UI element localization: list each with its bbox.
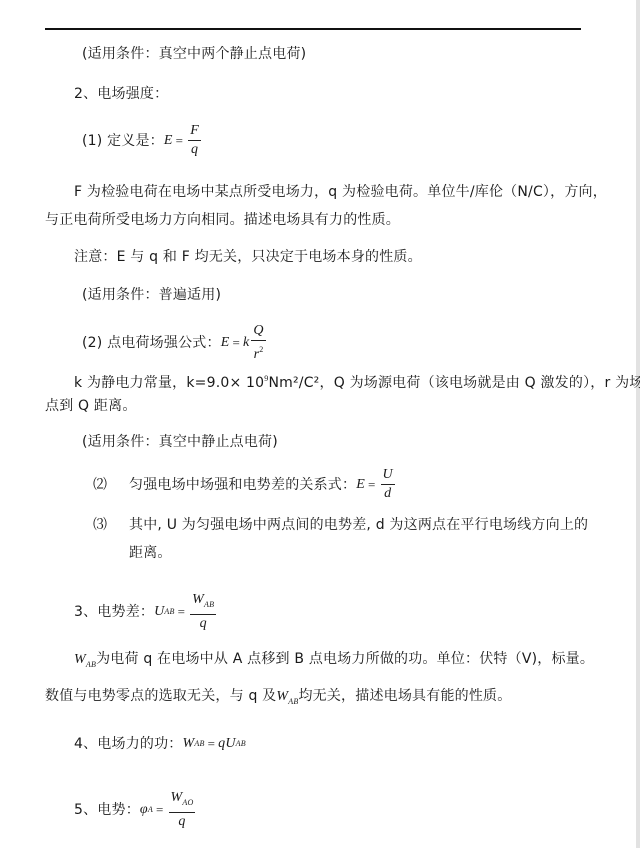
page-edge-shadow <box>636 0 640 848</box>
section-2-heading: 2、电场强度： <box>74 84 168 104</box>
point-charge-item: (2) 点电荷场强公式： E = k Q r2 <box>82 322 268 364</box>
formula-uab: UAB = WAB q <box>154 590 218 633</box>
paragraph-constant-line-2: 点到 Q 距离。 <box>45 396 137 416</box>
section-3: 3、电势差： UAB = WAB q <box>74 590 218 633</box>
list-item-explanation-line-1: ⑶其中, U 为匀强电场中两点间的电势差, d 为这两点在平行电场线方向上的 <box>93 515 588 535</box>
list-marker: ⑵ <box>93 475 129 495</box>
fraction: WAB q <box>190 590 216 633</box>
formula-potential: φA = WAO q <box>140 788 198 831</box>
fraction: Q r2 <box>251 322 265 364</box>
section-5: 5、电势： φA = WAO q <box>74 788 197 831</box>
fraction: F q <box>188 122 201 159</box>
list-item-uniform-field: ⑵ 匀强电场中场强和电势差的关系式： E = U d <box>93 466 397 503</box>
paragraph-field-force-line-1: F 为检验电荷在电场中某点所受电场力，q 为检验电荷。单位牛/库伦（N/C），方… <box>74 182 607 202</box>
paragraph-wab-line-1: WAB为电荷 q 在电场中从 A 点移到 B 点电场力所做的功。单位：伏特（V)… <box>74 649 594 675</box>
definition-label: (1) 定义是： <box>82 131 164 151</box>
section-4-heading: 4、电场力的功： <box>74 734 183 754</box>
section-5-heading: 5、电势： <box>74 800 140 820</box>
fraction: U d <box>381 466 395 503</box>
section-3-heading: 3、电势差： <box>74 602 154 622</box>
paragraph-constant-line-1: k 为静电力常量，k=9.0× 109Nm²/C²，Q 为场源电荷（该电场就是由… <box>74 369 640 393</box>
condition-universal: (适用条件：普遍适用) <box>82 285 221 305</box>
formula-e-f-q: E = F q <box>164 122 203 159</box>
formula-e-kq-r2: E = k Q r2 <box>221 322 268 364</box>
list-marker: ⑶ <box>93 515 129 535</box>
definition-item: (1) 定义是： E = F q <box>82 122 203 159</box>
fraction: WAO q <box>169 788 196 831</box>
condition-vacuum-static: (适用条件：真空中静止点电荷) <box>82 432 278 452</box>
formula-e-u-d: E = U d <box>356 466 397 503</box>
paragraph-wab-line-2: 数值与电势零点的选取无关，与 q 及WAB均无关，描述电场具有能的性质。 <box>45 686 511 712</box>
header-rule <box>45 28 581 30</box>
note: 注意：E 与 q 和 F 均无关，只决定于电场本身的性质。 <box>74 247 422 267</box>
list-item-explanation-line-2: 距离。 <box>129 543 172 563</box>
section-4: 4、电场力的功： WAB = qUAB <box>74 734 246 754</box>
formula-wab: WAB = qUAB <box>183 734 246 754</box>
point-charge-label: (2) 点电荷场强公式： <box>82 333 221 353</box>
condition-vacuum-two-charges: (适用条件：真空中两个静止点电荷) <box>82 44 306 64</box>
paragraph-field-force-line-2: 与正电荷所受电场力方向相同。描述电场具有力的性质。 <box>45 210 400 230</box>
